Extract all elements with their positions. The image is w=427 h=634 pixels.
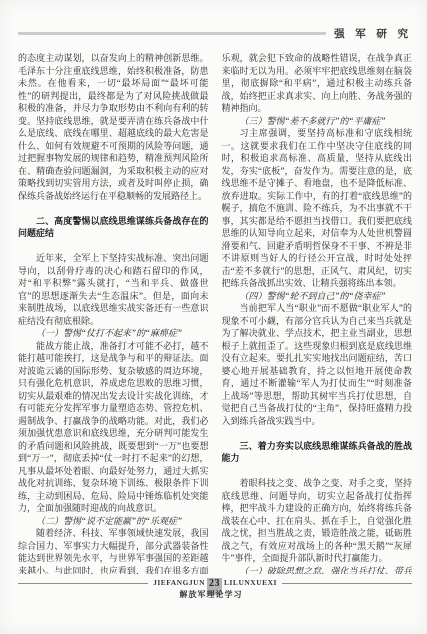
paragraph: 当前把军人当“职业”而不愿做“职业军人”的现象不可小觑，有部分官兵认为自己来当兵… bbox=[222, 302, 413, 427]
paragraph: 随着经济、科技、军事领域快速发展，我国综合国力、军事实力大幅提升，部分武器装备性… bbox=[18, 527, 209, 574]
section-title: 强 军 研 究 bbox=[334, 26, 412, 41]
sub-heading: （二）警惕“说不定能赢”的“乐观症” bbox=[18, 515, 209, 528]
sub-heading: （三）警惕“差不多就行”的“平庸症” bbox=[222, 115, 413, 128]
paragraph: 近年来，全军上下坚持实战标准、突出问题导向，以刮骨疗毒的决心和踏石留印的作风，对… bbox=[18, 252, 209, 327]
paragraph: 着眼科技之变、战争之变、对手之变，坚持底线思维、问题导向，切实立起备战打仗指挥棒… bbox=[222, 477, 413, 565]
journal-name-cn: 解放军理论学习 bbox=[149, 589, 273, 600]
footer-latin-row: JIEFANGJUN23LILUNXUEXI bbox=[153, 578, 277, 588]
journal-latin-right: LILUNXUEXI bbox=[224, 578, 277, 587]
scanned-journal-page: 强 军 研 究 的态度主动谋划，以奋发向上的精神创新思维。毛泽东十分注重底线思维… bbox=[0, 0, 427, 634]
paragraph: 的态度主动谋划，以奋发向上的精神创新思维。毛泽东十分注重底线思维，始终积极准备，… bbox=[18, 52, 209, 202]
header-rule-line bbox=[18, 32, 326, 35]
page-header: 强 军 研 究 bbox=[18, 26, 412, 41]
section-heading: 三、着力夯实以底线思维谋练兵备战的胜战能力 bbox=[222, 440, 413, 465]
paragraph: 习主席强调，要坚持高标准和守底线相统一。这就要求我们在工作中坚决守住底线的同时，… bbox=[222, 127, 413, 290]
journal-latin-left: JIEFANGJUN bbox=[153, 578, 205, 587]
right-column: 乐观，就会犯下致命的战略性错误，在战争真正来临时无以为用。必须牢牢把底线思维刻在… bbox=[222, 52, 413, 574]
paragraph: 能战方能止战，准备打才可能不必打，越不能打越可能挨打，这是战争与和平的辩证法。面… bbox=[18, 340, 209, 515]
sub-heading: （一）警惕“仗打不起来”的“麻痹症” bbox=[18, 327, 209, 340]
sub-heading: （一）破除思想之怠，强化当兵打仗、带兵打仗的军人天职 bbox=[222, 565, 413, 575]
footer-journal-block: JIEFANGJUN23LILUNXUEXI 解放军理论学习 bbox=[148, 578, 282, 600]
footer-rule-right bbox=[282, 583, 412, 584]
section-heading: 二、高度警惕以底线思维谋练兵备战存在的问题症结 bbox=[18, 215, 209, 240]
page-footer: JIEFANGJUN23LILUNXUEXI 解放军理论学习 bbox=[18, 578, 412, 600]
footer-rule-left bbox=[18, 583, 148, 584]
article-body: 的态度主动谋划，以奋发向上的精神创新思维。毛泽东十分注重底线思维，始终积极准备，… bbox=[18, 52, 412, 574]
sub-heading: （四）警惕“轮不到自己”的“侥幸症” bbox=[222, 290, 413, 303]
paragraph: 乐观，就会犯下致命的战略性错误，在战争真正来临时无以为用。必须牢牢把底线思维刻在… bbox=[222, 52, 413, 115]
left-column: 的态度主动谋划，以奋发向上的精神创新思维。毛泽东十分注重底线思维，始终积极准备，… bbox=[18, 52, 209, 574]
